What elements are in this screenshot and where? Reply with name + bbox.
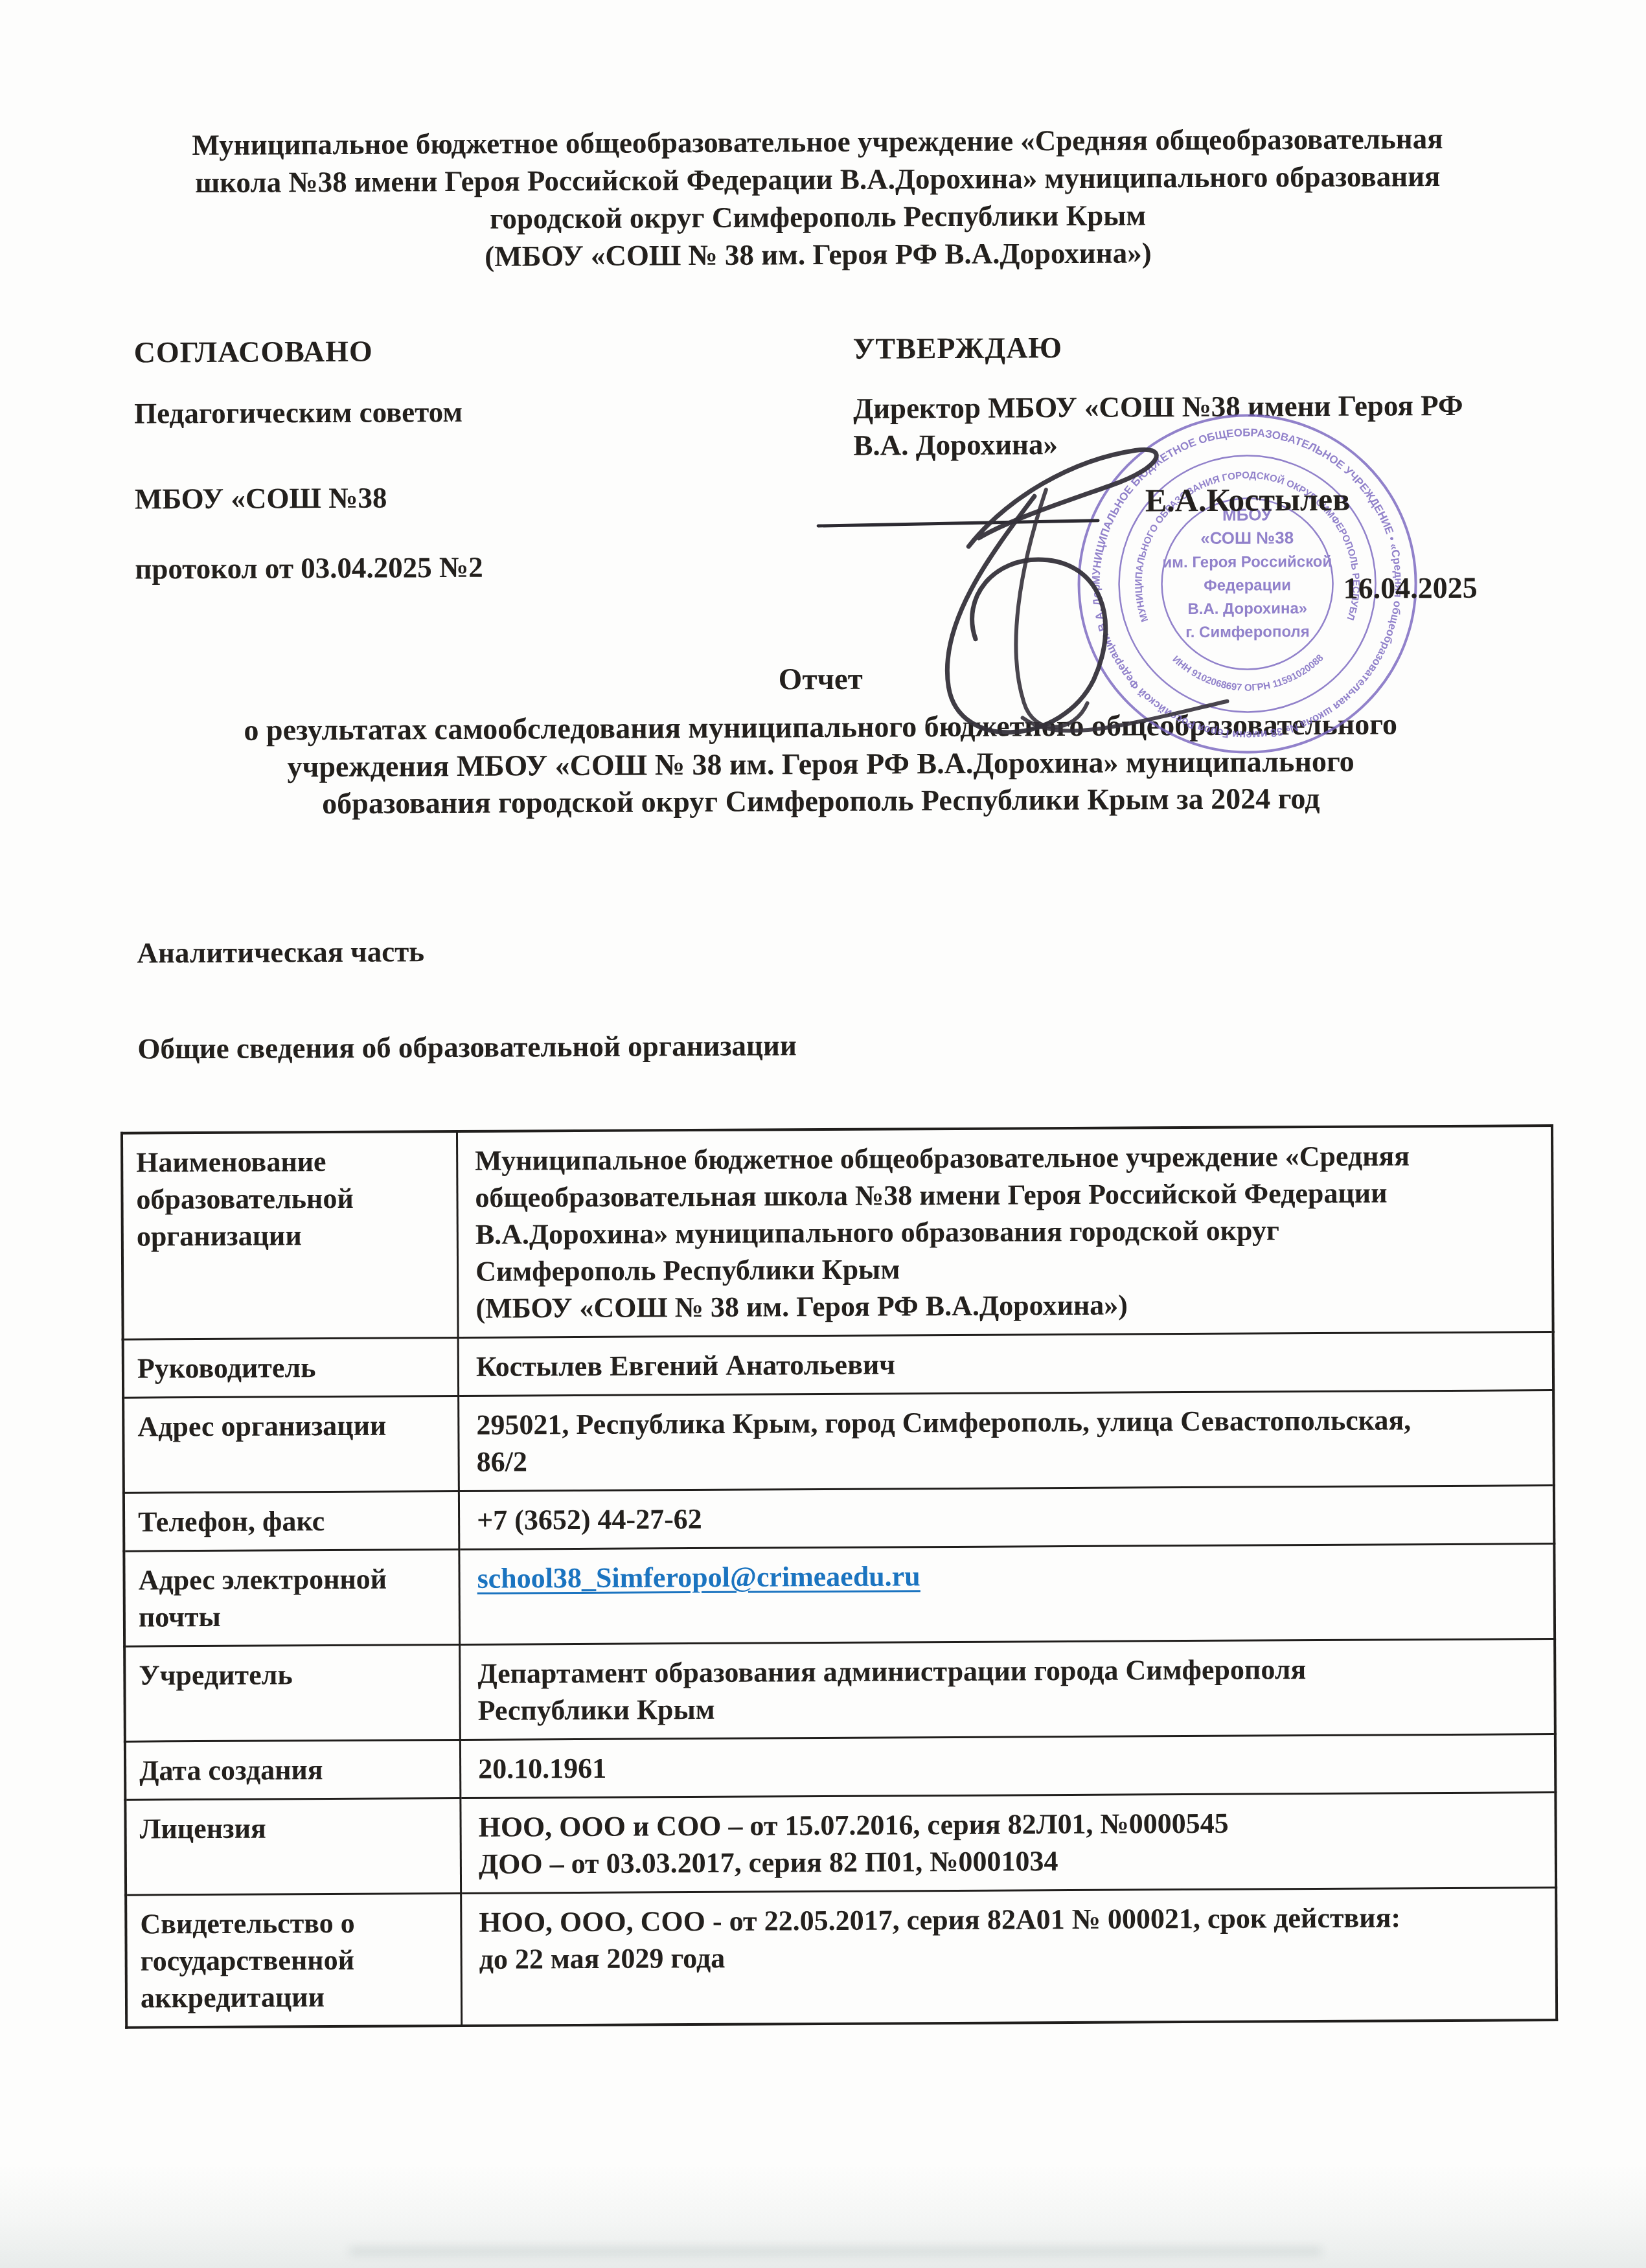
- table-row: Адрес организации295021, Республика Крым…: [123, 1390, 1554, 1493]
- section-analytical-heading: Аналитическая часть: [137, 935, 424, 970]
- document-content: Муниципальное бюджетное общеобразователь…: [0, 0, 1646, 2268]
- row-value-cell: Департамент образования администрации го…: [460, 1639, 1555, 1740]
- signature-rule-line: [818, 521, 1098, 526]
- general-info-table: Наименование образовательной организации…: [120, 1124, 1558, 2029]
- signature-scribble: [773, 412, 1268, 777]
- row-label-cell: Учредитель: [124, 1644, 460, 1741]
- section-general-info-heading: Общие сведения об образовательной органи…: [137, 1028, 797, 1065]
- protocol-line: протокол от 03.04.2025 №2: [135, 549, 483, 588]
- row-label-cell: Адрес организации: [123, 1396, 459, 1493]
- agreed-by: Педагогическим советом: [134, 394, 463, 433]
- scanned-document-page: Муниципальное бюджетное общеобразователь…: [0, 0, 1646, 2268]
- agreed-org: МБОУ «СОШ №38: [135, 480, 387, 518]
- row-label-cell: Дата создания: [125, 1740, 461, 1800]
- table-row: РуководительКостылев Евгений Анатольевич: [123, 1332, 1553, 1398]
- row-value-cell: НОО, ООО и СОО – от 15.07.2016, серия 82…: [461, 1793, 1556, 1894]
- approved-title: УТВЕРЖДАЮ: [853, 330, 1063, 366]
- row-label-cell: Наименование образовательной организации: [122, 1131, 458, 1339]
- email-link[interactable]: school38_Simferopol@crimeaedu.ru: [477, 1560, 920, 1594]
- row-value-cell: +7 (3652) 44-27-62: [459, 1486, 1554, 1550]
- table-row: Телефон, факс+7 (3652) 44-27-62: [124, 1486, 1554, 1552]
- signer-name: Е.А.Костылев: [1145, 481, 1351, 519]
- row-value-cell: Костылев Евгений Анатольевич: [458, 1332, 1553, 1396]
- row-label-cell: Руководитель: [123, 1337, 459, 1398]
- row-value-cell: school38_Simferopol@crimeaedu.ru: [459, 1544, 1555, 1645]
- row-value-cell: Муниципальное бюджетное общеобразователь…: [457, 1126, 1553, 1337]
- table-row: Адрес электронной почтыschool38_Simferop…: [124, 1544, 1555, 1647]
- row-value-cell: 20.10.1961: [460, 1734, 1555, 1798]
- row-label-cell: Лицензия: [125, 1798, 461, 1895]
- approval-date: 16.04.2025: [1343, 571, 1477, 606]
- row-label-cell: Адрес электронной почты: [124, 1549, 459, 1646]
- document-header: Муниципальное бюджетное общеобразователь…: [73, 119, 1563, 277]
- row-label-cell: Телефон, факс: [124, 1491, 459, 1551]
- table-row: Наименование образовательной организации…: [122, 1126, 1553, 1339]
- row-value-cell: НОО, ООО, СОО - от 22.05.2017, серия 82А…: [461, 1888, 1557, 2026]
- table-row: УчредительДепартамент образования админи…: [124, 1639, 1555, 1742]
- row-label-cell: Свидетельство о государственной аккредит…: [126, 1893, 462, 2027]
- table-row: Свидетельство о государственной аккредит…: [126, 1888, 1557, 2028]
- table-row: ЛицензияНОО, ООО и СОО – от 15.07.2016, …: [125, 1793, 1556, 1896]
- agreed-title: СОГЛАСОВАНО: [134, 334, 373, 370]
- table-row: Дата создания20.10.1961: [125, 1734, 1555, 1800]
- row-value-cell: 295021, Республика Крым, город Симферопо…: [459, 1390, 1554, 1491]
